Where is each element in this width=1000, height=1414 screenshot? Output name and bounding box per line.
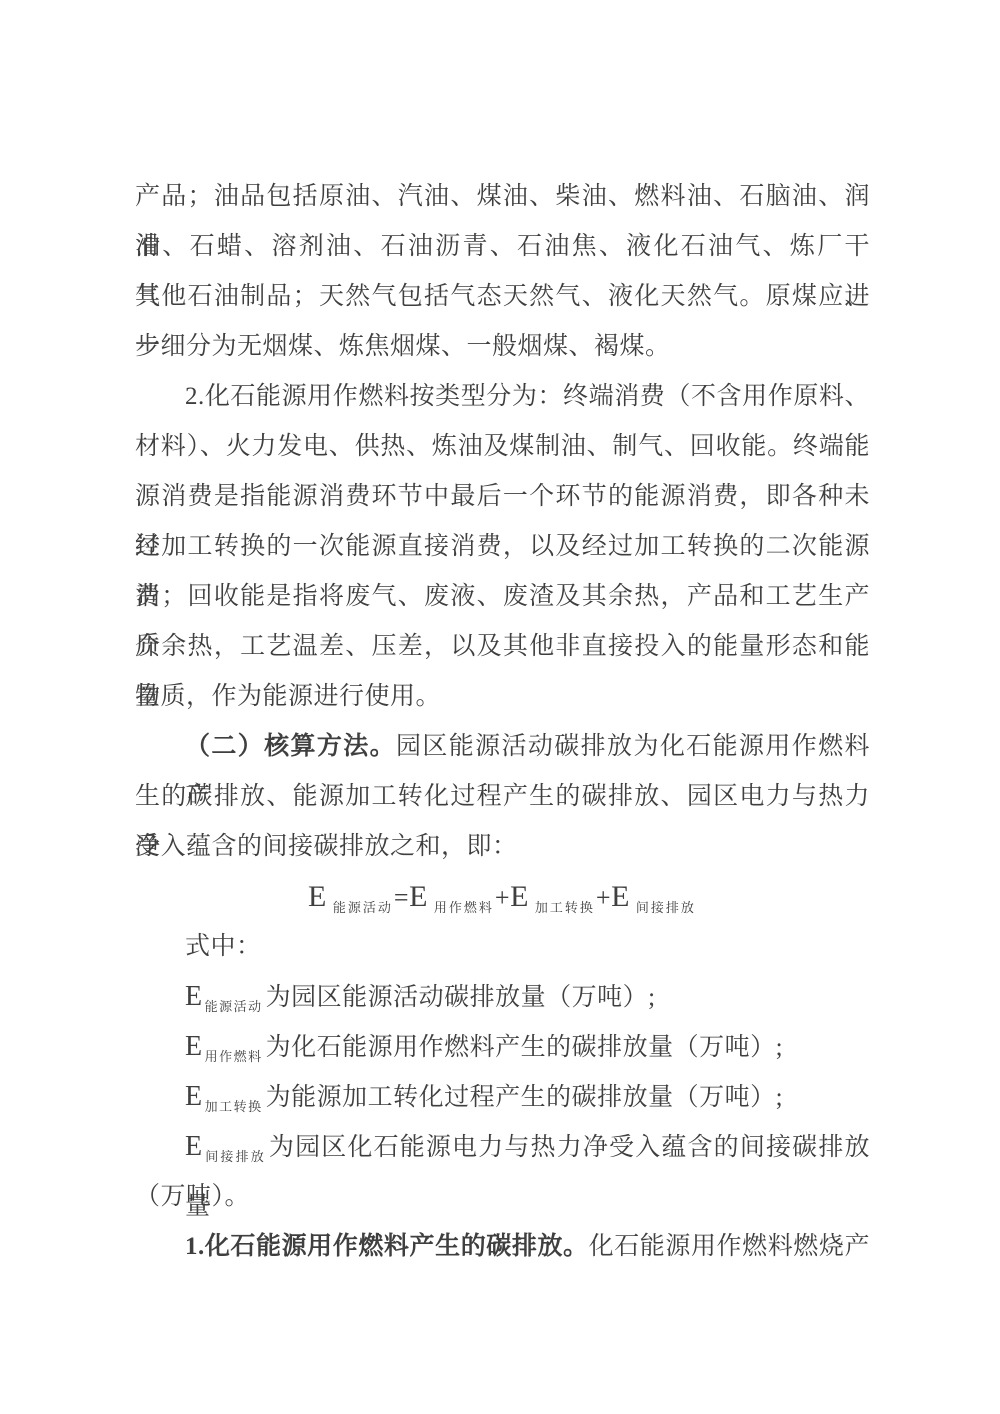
paragraph-line: 式中： bbox=[135, 922, 870, 972]
paragraph-line: 源消费是指能源消费环节中最后一个环节的能源消费，即各种未经 bbox=[135, 472, 870, 522]
paragraph-line: 1.化石能源用作燃料产生的碳排放。化石能源用作燃料燃烧产 bbox=[135, 1222, 870, 1272]
e-subscript: 间接排放 bbox=[205, 1149, 266, 1164]
e-subscript: 加工转换 bbox=[205, 1099, 263, 1114]
symbol-definition-line: E加工转换为能源加工转化过程产生的碳排放量（万吨）; bbox=[135, 1072, 870, 1122]
e-symbol: E bbox=[185, 1081, 203, 1112]
paragraph-line: （二）核算方法。园区能源活动碳排放为化石能源用作燃料产 bbox=[135, 722, 870, 772]
text-run: 步细分为无烟煤、炼焦烟煤、一般烟煤、褐煤。 bbox=[135, 333, 671, 360]
paragraph-line: 过加工转换的一次能源直接消费，以及经过加工转换的二次能源消 bbox=[135, 522, 870, 572]
symbol-definition-line: E间接排放为园区化石能源电力与热力净受入蕴含的间接碳排放量 bbox=[135, 1122, 870, 1172]
paragraph-line: 费；回收能是指将废气、废液、废渣及其余热，产品和工艺生产介 bbox=[135, 572, 870, 622]
paragraph-line: 受入蕴含的间接碳排放之和，即： bbox=[135, 822, 870, 872]
paragraph-line: 油、石蜡、溶剂油、石油沥青、石油焦、液化石油气、炼厂干气、 bbox=[135, 222, 870, 272]
operator: + bbox=[596, 883, 611, 912]
text-run: 2.化石能源用作燃料按类型分为：终端消费（不含用作原料、 bbox=[185, 383, 870, 410]
text-run: 化石能源用作燃料燃烧产 bbox=[589, 1233, 870, 1260]
paragraph-line: 步细分为无烟煤、炼焦烟煤、一般烟煤、褐煤。 bbox=[135, 322, 870, 372]
text-run: 为化石能源用作燃料产生的碳排放量（万吨）; bbox=[266, 1034, 783, 1061]
paragraph-line: 其他石油制品；天然气包括气态天然气、液化天然气。原煤应进一 bbox=[135, 272, 870, 322]
paragraph-line: 质余热，工艺温差、压差，以及其他非直接投入的能量形态和能量 bbox=[135, 622, 870, 672]
text-run: 物质，作为能源进行使用。 bbox=[135, 683, 441, 710]
paragraph-line: 2.化石能源用作燃料按类型分为：终端消费（不含用作原料、 bbox=[135, 372, 870, 422]
document-page: 产品；油品包括原油、汽油、煤油、柴油、燃料油、石脑油、润滑油、石蜡、溶剂油、石油… bbox=[0, 0, 1000, 1414]
e-symbol: E bbox=[611, 880, 630, 913]
paragraph-line: 生的碳排放、能源加工转化过程产生的碳排放、园区电力与热力净 bbox=[135, 772, 870, 822]
e-subscript: 加工转换 bbox=[535, 900, 595, 915]
document-body: 产品；油品包括原油、汽油、煤油、柴油、燃料油、石脑油、润滑油、石蜡、溶剂油、石油… bbox=[135, 172, 870, 1272]
e-symbol: E bbox=[308, 880, 327, 913]
text-run: 受入蕴含的间接碳排放之和，即： bbox=[135, 833, 518, 860]
e-subscript: 用作燃料 bbox=[434, 900, 494, 915]
symbol-definition-line: E能源活动为园区能源活动碳排放量（万吨）; bbox=[135, 972, 870, 1022]
e-symbol: E bbox=[185, 1031, 203, 1062]
operator: + bbox=[495, 883, 510, 912]
operator: = bbox=[394, 883, 409, 912]
e-symbol: E bbox=[185, 1131, 203, 1162]
paragraph-line: 物质，作为能源进行使用。 bbox=[135, 672, 870, 722]
text-run: 材料）、火力发电、供热、炼油及煤制油、制气、回收能。终端能 bbox=[135, 433, 870, 460]
text-run: （二）核算方法。 bbox=[185, 733, 396, 760]
e-symbol: E bbox=[510, 880, 529, 913]
text-run: 式中： bbox=[185, 933, 262, 960]
e-symbol: E bbox=[185, 981, 203, 1012]
paragraph-line: 材料）、火力发电、供热、炼油及煤制油、制气、回收能。终端能 bbox=[135, 422, 870, 472]
e-subscript: 能源活动 bbox=[205, 999, 263, 1014]
paragraph-line: 产品；油品包括原油、汽油、煤油、柴油、燃料油、石脑油、润滑 bbox=[135, 172, 870, 222]
symbol-definition-line: E用作燃料为化石能源用作燃料产生的碳排放量（万吨）; bbox=[135, 1022, 870, 1072]
formula: E能源活动=E用作燃料+E加工转换+E间接排放 bbox=[135, 872, 870, 922]
e-symbol: E bbox=[409, 880, 428, 913]
e-subscript: 能源活动 bbox=[333, 900, 393, 915]
paragraph-line: （万吨）。 bbox=[135, 1172, 870, 1222]
text-run: 为园区能源活动碳排放量（万吨）; bbox=[266, 984, 656, 1011]
text-run: 为能源加工转化过程产生的碳排放量（万吨）; bbox=[266, 1084, 783, 1111]
text-run: （万吨）。 bbox=[135, 1183, 250, 1210]
e-subscript: 用作燃料 bbox=[205, 1049, 263, 1064]
text-run: 1.化石能源用作燃料产生的碳排放。 bbox=[185, 1233, 589, 1260]
e-subscript: 间接排放 bbox=[636, 900, 696, 915]
